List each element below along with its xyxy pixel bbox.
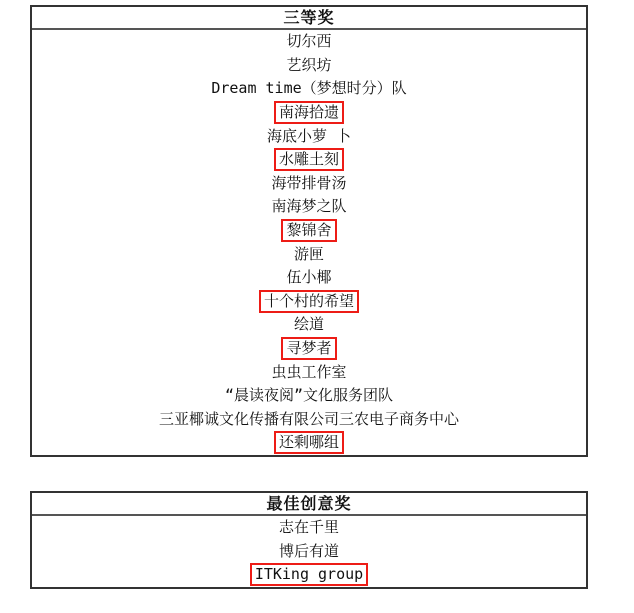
team-name-highlighted: 水雕土刻	[274, 148, 344, 171]
team-name: Dream time（梦想时分）队	[211, 79, 406, 98]
team-name: 虫虫工作室	[271, 363, 346, 382]
award-table-third-prize: 三等奖 切尔西艺织坊Dream time（梦想时分）队南海拾遗海底小萝 卜水雕土…	[30, 5, 588, 457]
table-row: 海底小萝 卜	[32, 124, 586, 148]
table-row: 南海梦之队	[32, 195, 586, 219]
award-table-header: 三等奖	[32, 7, 586, 30]
table-row: 游匣	[32, 242, 586, 266]
award-table-rows: 切尔西艺织坊Dream time（梦想时分）队南海拾遗海底小萝 卜水雕土刻海带排…	[32, 30, 586, 455]
table-row: 海带排骨汤	[32, 172, 586, 196]
table-row: 水雕土刻	[32, 148, 586, 172]
team-name-highlighted: 寻梦者	[281, 337, 336, 360]
team-name-highlighted: 南海拾遗	[274, 101, 344, 124]
table-row: 志在千里	[32, 516, 586, 540]
table-row: “晨读夜阅”文化服务团队	[32, 384, 586, 408]
table-row: 寻梦者	[32, 337, 586, 361]
table-row: 南海拾遗	[32, 101, 586, 125]
team-name: 志在千里	[279, 518, 339, 537]
table-row: Dream time（梦想时分）队	[32, 77, 586, 101]
table-row: 伍小椰	[32, 266, 586, 290]
team-name: 南海梦之队	[271, 197, 346, 216]
team-name: 艺织坊	[286, 56, 331, 75]
team-name: 切尔西	[286, 32, 331, 51]
award-table-header: 最佳创意奖	[32, 493, 586, 516]
table-row: 博后有道	[32, 540, 586, 564]
team-name: 博后有道	[279, 542, 339, 561]
table-row: 黎锦舍	[32, 219, 586, 243]
team-name: 游匣	[294, 245, 324, 264]
team-name: 三亚椰诚文化传播有限公司三农电子商务中心	[159, 410, 459, 429]
award-table-best-creativity: 最佳创意奖 志在千里博后有道ITKing group	[30, 491, 588, 589]
team-name-highlighted: 还剩哪组	[274, 431, 344, 454]
team-name: 海底小萝 卜	[267, 127, 351, 146]
team-name-highlighted: ITKing group	[250, 563, 368, 586]
team-name: 伍小椰	[286, 268, 331, 287]
table-row: 还剩哪组	[32, 431, 586, 455]
table-row: ITKing group	[32, 563, 586, 587]
document-page: 三等奖 切尔西艺织坊Dream time（梦想时分）队南海拾遗海底小萝 卜水雕土…	[0, 0, 634, 613]
table-row: 艺织坊	[32, 54, 586, 78]
table-row: 切尔西	[32, 30, 586, 54]
award-table-rows: 志在千里博后有道ITKing group	[32, 516, 586, 587]
team-name-highlighted: 黎锦舍	[281, 219, 336, 242]
team-name-highlighted: 十个村的希望	[259, 290, 359, 313]
team-name: 绘道	[294, 315, 324, 334]
table-row: 绘道	[32, 313, 586, 337]
table-row: 三亚椰诚文化传播有限公司三农电子商务中心	[32, 408, 586, 432]
table-row: 十个村的希望	[32, 290, 586, 314]
table-row: 虫虫工作室	[32, 360, 586, 384]
team-name: 海带排骨汤	[271, 174, 346, 193]
team-name: “晨读夜阅”文化服务团队	[225, 386, 393, 405]
